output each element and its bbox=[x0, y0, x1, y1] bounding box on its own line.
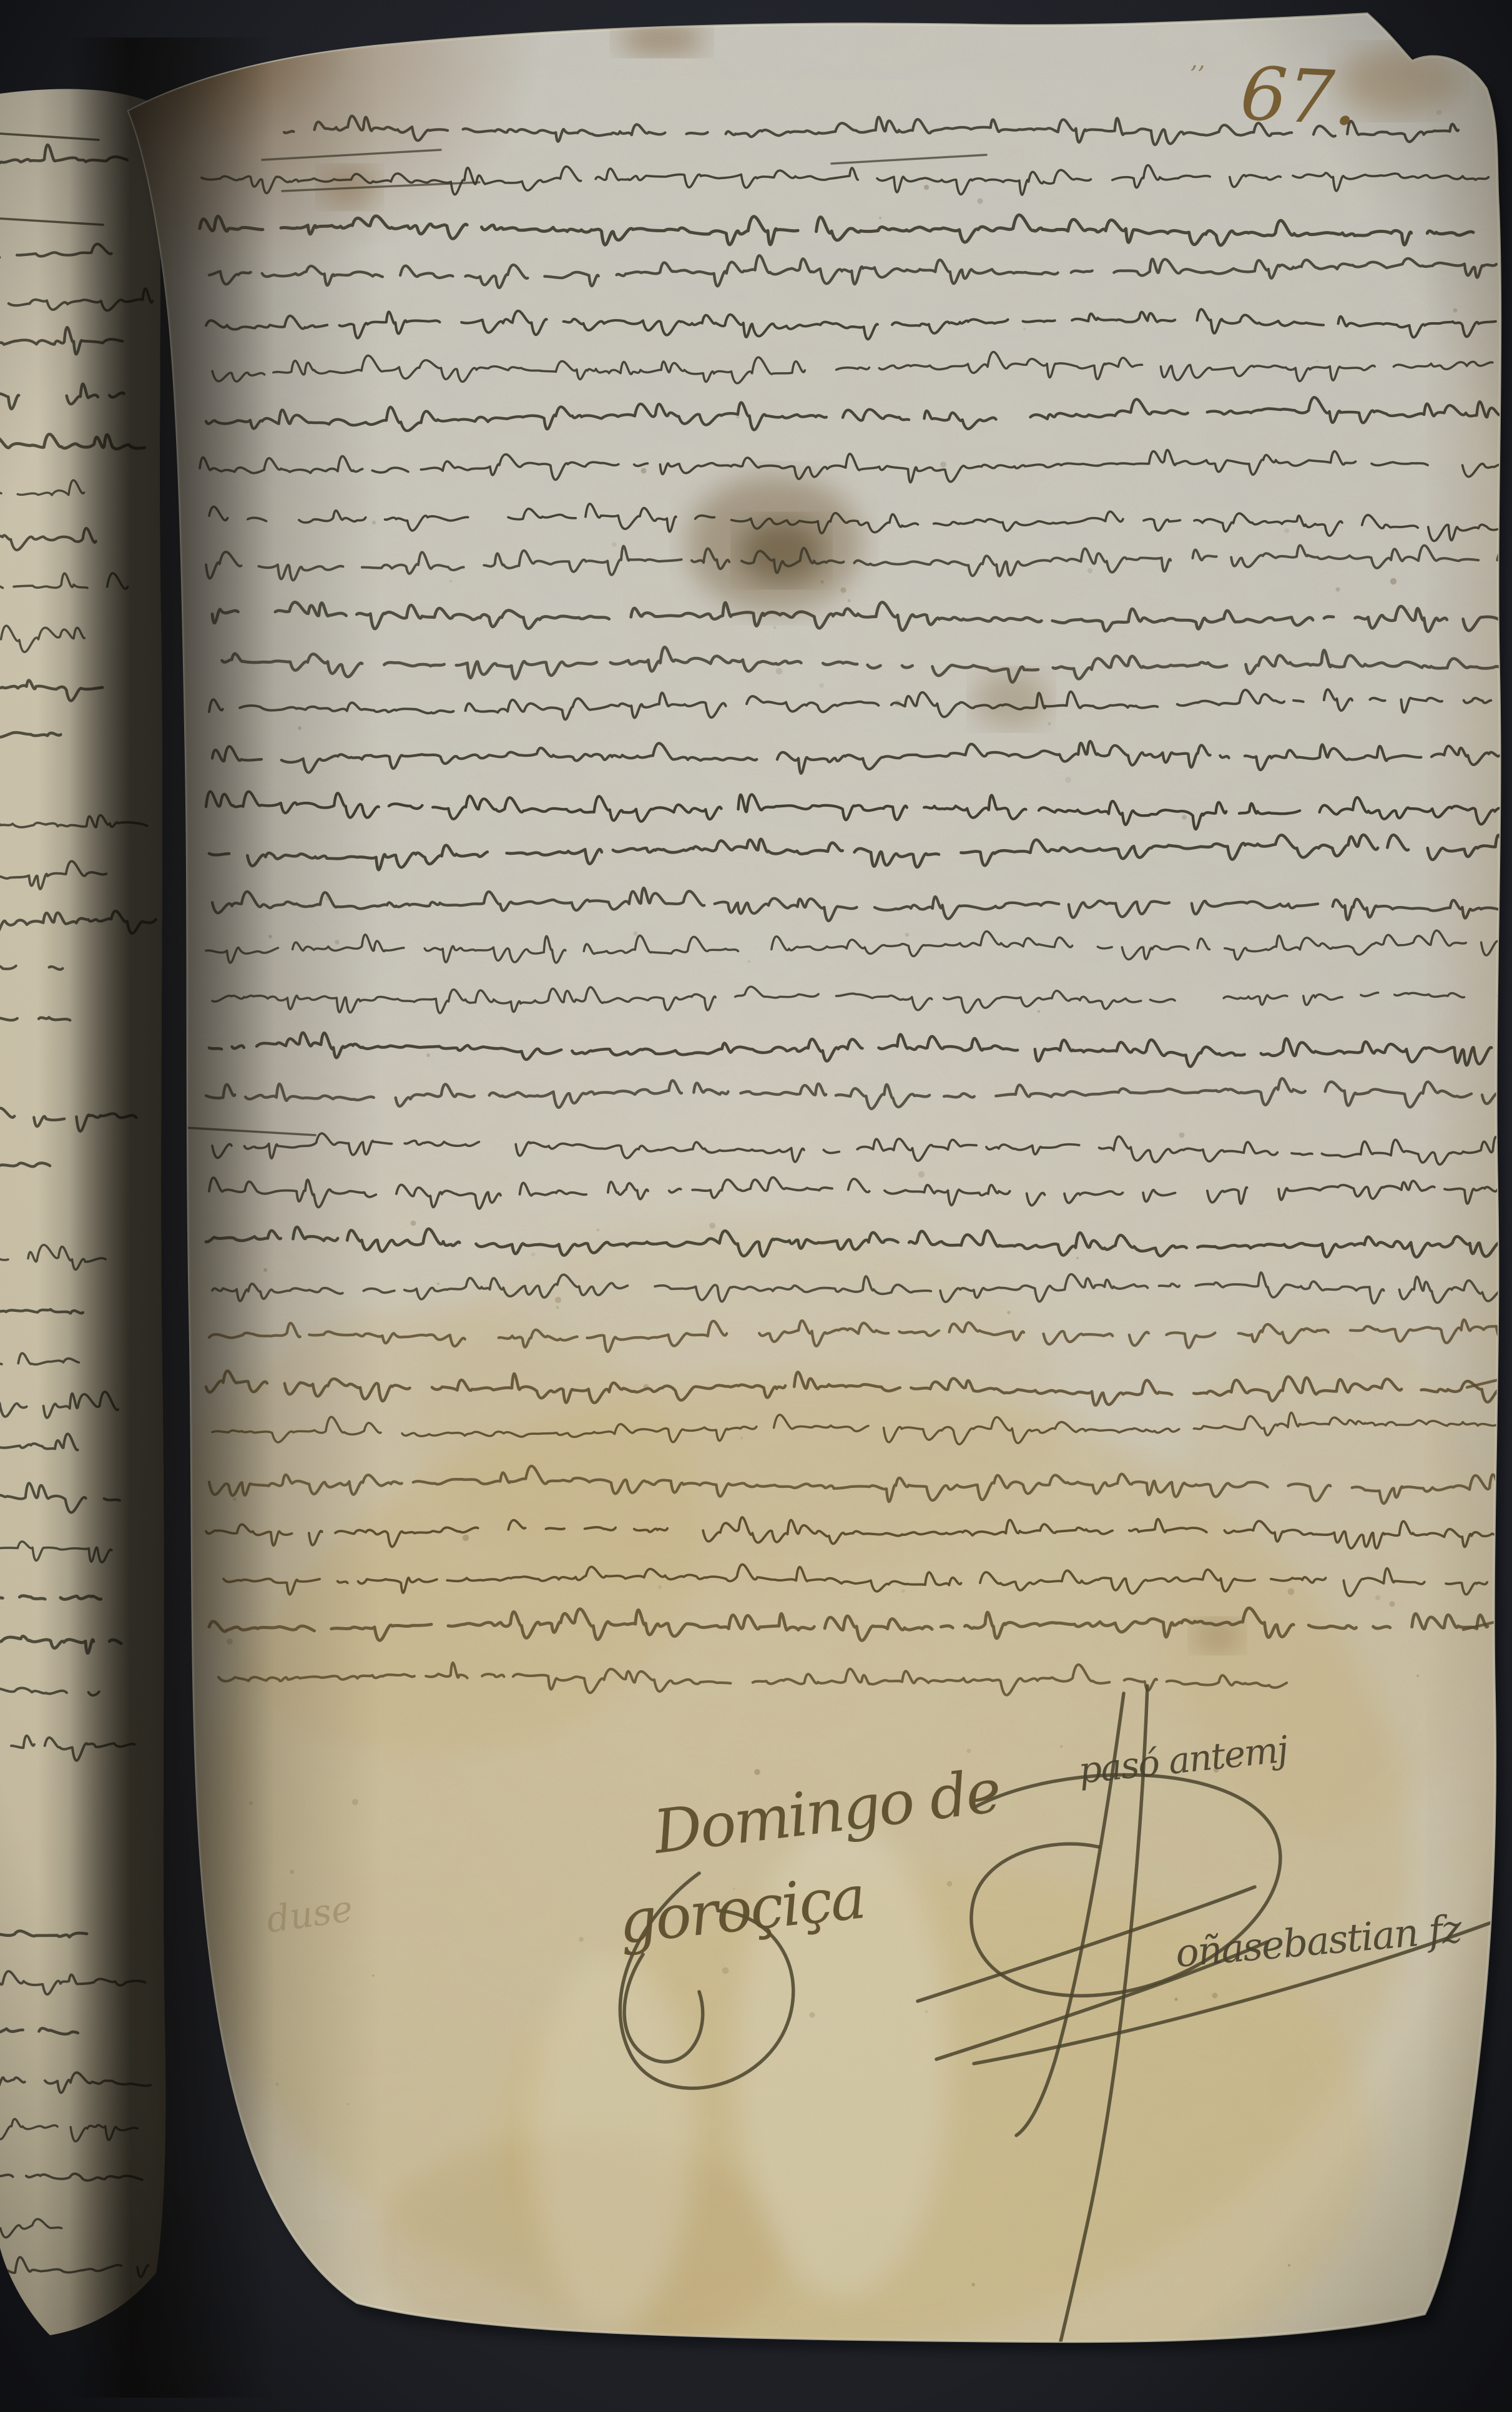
manuscript-photo: ’’ 67. pasó antemj Domingo de goroçiça o… bbox=[0, 0, 1512, 2412]
manuscript-scene: ’’ 67. pasó antemj Domingo de goroçiça o… bbox=[0, 0, 1512, 2412]
photo-vignette bbox=[0, 0, 1512, 2412]
